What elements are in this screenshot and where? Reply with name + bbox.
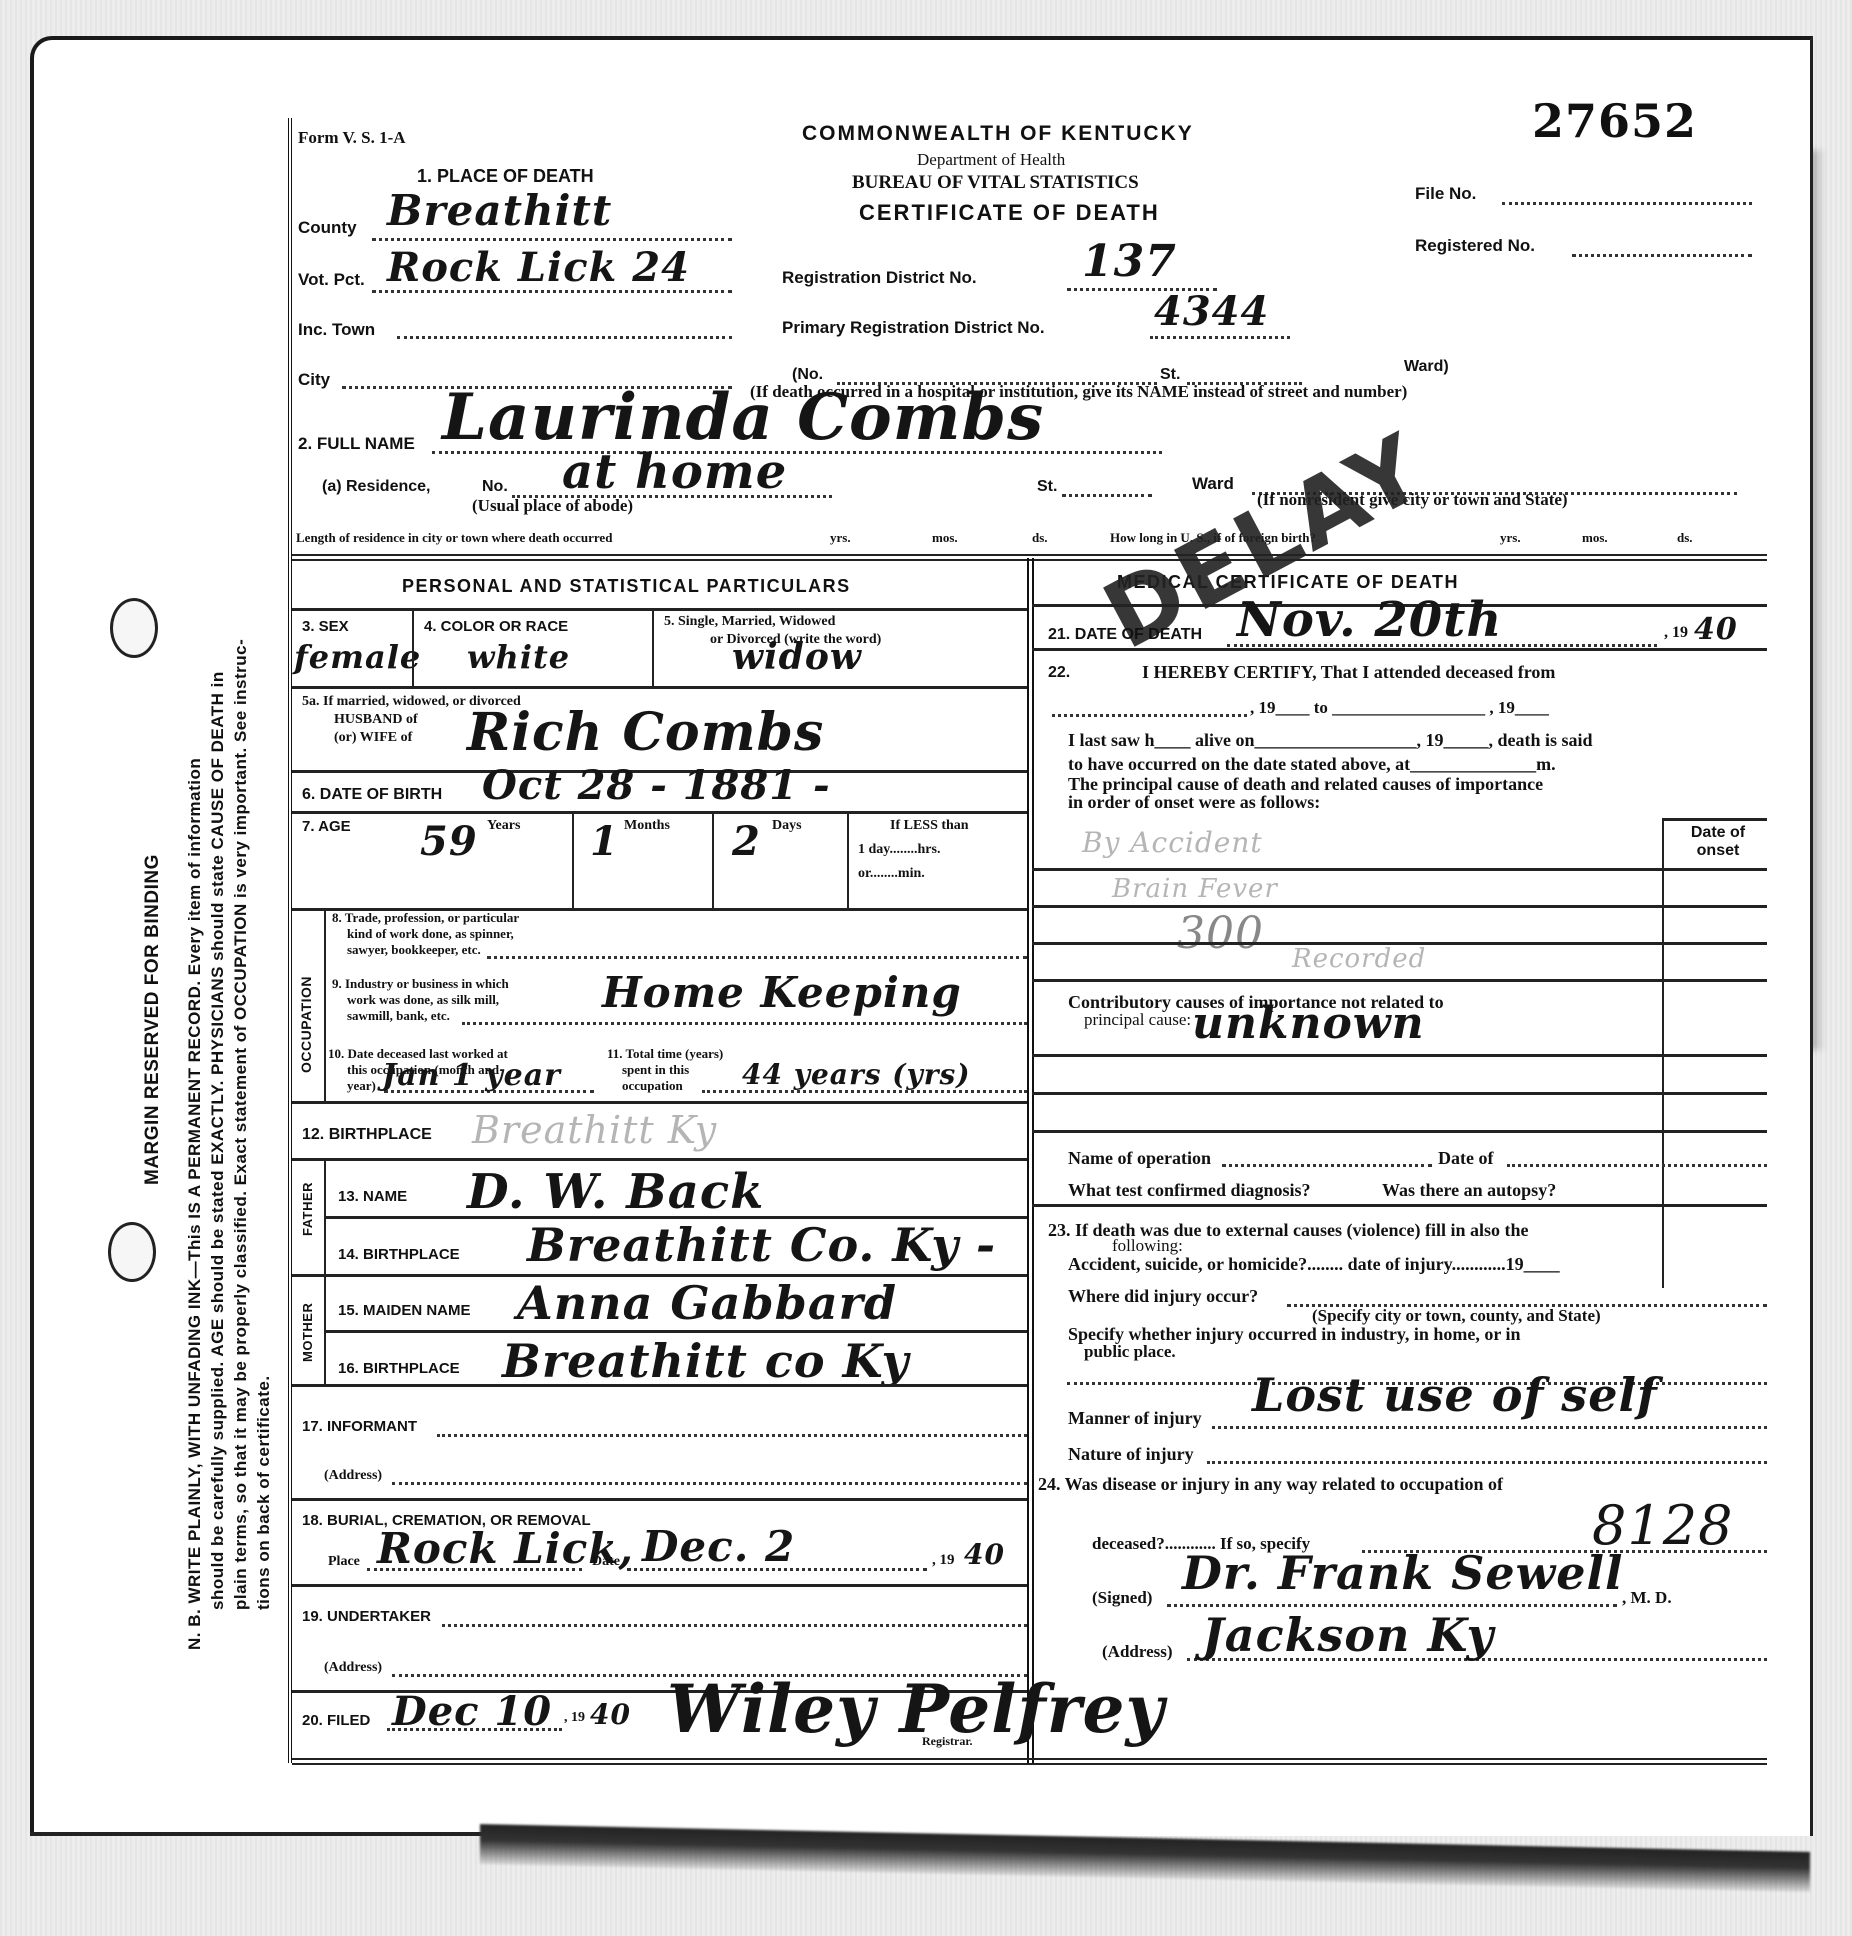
- binding-hole-bottom: [108, 1222, 156, 1282]
- total-time-label-3: occupation: [622, 1078, 683, 1094]
- trade-field[interactable]: [487, 956, 1027, 959]
- signed-label: (Signed): [1092, 1588, 1152, 1608]
- industry-label-2: work was done, as silk mill,: [347, 992, 499, 1008]
- marital-value: widow: [732, 636, 862, 678]
- residence-st-label: St.: [1037, 478, 1057, 496]
- reg-district-label: Registration District No.: [782, 268, 977, 288]
- filed-label: 20. FILED: [302, 1712, 370, 1729]
- us-yrs-label: yrs.: [1500, 530, 1521, 546]
- personal-section-title: PERSONAL AND STATISTICAL PARTICULARS: [402, 576, 851, 597]
- divider: [292, 1584, 1027, 1587]
- divider: [324, 1330, 1027, 1333]
- principal-cause-line-2: in order of onset were as follows:: [1068, 792, 1320, 813]
- contributory-line-2: principal cause:: [1084, 1010, 1191, 1030]
- county-value: Breathitt: [387, 186, 612, 235]
- external-causes-line-2: following:: [1112, 1236, 1183, 1256]
- vot-pct-value: Rock Lick 24: [387, 244, 690, 291]
- reg-district-value: 137: [1082, 236, 1177, 287]
- cause-line-4-rule[interactable]: [1032, 979, 1767, 982]
- contributory-value: unknown: [1192, 998, 1425, 1049]
- manner-of-injury-field[interactable]: [1212, 1426, 1767, 1429]
- physician-address-label: (Address): [1102, 1642, 1173, 1662]
- less-than-label-2: 1 day........hrs.: [858, 842, 940, 858]
- mother-maiden-label: 15. MAIDEN NAME: [338, 1302, 471, 1319]
- primary-reg-field[interactable]: [1150, 336, 1290, 339]
- margin-nb-line4: tions on back of certificate.: [252, 1375, 275, 1610]
- occupation-side-label: OCCUPATION: [298, 976, 314, 1073]
- certify-text: I HEREBY CERTIFY, That I attended deceas…: [1142, 662, 1555, 683]
- test-label: What test confirmed diagnosis?: [1068, 1180, 1311, 1201]
- trade-label-1: 8. Trade, profession, or particular: [332, 910, 519, 926]
- undertaker-label: 19. UNDERTAKER: [302, 1608, 431, 1625]
- certificate-form: Form V. S. 1-A COMMONWEALTH OF KENTUCKY …: [288, 118, 1787, 1763]
- divider: [1662, 818, 1767, 821]
- filed-date-value: Dec 10: [392, 1688, 552, 1735]
- margin-binding-note: MARGIN RESERVED FOR BINDING: [142, 854, 164, 1185]
- form-id: Form V. S. 1-A: [298, 128, 406, 148]
- contributory-rule-1[interactable]: [1032, 1054, 1767, 1057]
- divider: [292, 811, 1027, 814]
- father-birthplace-label: 14. BIRTHPLACE: [338, 1246, 460, 1263]
- specify-location-note: (Specify city or town, county, and State…: [1312, 1306, 1601, 1326]
- divider: [292, 608, 1027, 611]
- vot-pct-label: Vot. Pct.: [298, 270, 365, 290]
- years-label: Years: [487, 818, 520, 834]
- divider: [324, 1158, 326, 1384]
- divider: [324, 908, 326, 1101]
- cause-line-1-rule[interactable]: [1032, 868, 1767, 871]
- race-value: white: [467, 638, 570, 676]
- physician-signature: Dr. Frank Sewell: [1182, 1546, 1623, 1600]
- form-bottom-line: [292, 1758, 1767, 1765]
- length-of-residence-label: Length of residence in city or town wher…: [296, 530, 612, 546]
- burial-year-prefix: , 19: [932, 1552, 955, 1569]
- total-time-label-1: 11. Total time (years): [607, 1046, 723, 1062]
- occurred-line: to have occurred on the date stated abov…: [1068, 754, 1556, 775]
- certificate-title: CERTIFICATE OF DEATH: [859, 200, 1160, 226]
- usual-abode-note: (Usual place of abode): [472, 496, 633, 516]
- days-label: Days: [772, 818, 802, 834]
- divider: [292, 1101, 1027, 1104]
- date-of-onset-header: Date of onset: [1678, 824, 1758, 860]
- certify-number: 22.: [1048, 664, 1070, 682]
- full-name-label: 2. FULL NAME: [298, 434, 415, 454]
- burial-place-label: Place: [328, 1554, 360, 1570]
- birthplace-label: 12. BIRTHPLACE: [302, 1126, 432, 1144]
- length-yrs-label: yrs.: [830, 530, 851, 546]
- occupation-related-line: 24. Was disease or injury in any way rel…: [1038, 1474, 1503, 1495]
- md-label: , M. D.: [1622, 1588, 1672, 1608]
- inc-town-label: Inc. Town: [298, 320, 375, 340]
- attended-from-field[interactable]: [1052, 714, 1247, 717]
- burial-date-value: Dec. 2: [642, 1522, 795, 1571]
- date-of-death-year-prefix: , 19: [1664, 624, 1688, 642]
- county-label: County: [298, 218, 357, 238]
- divider: [412, 608, 414, 686]
- residence-ward-label: Ward: [1192, 474, 1234, 494]
- dob-label: 6. DATE OF BIRTH: [302, 786, 442, 804]
- date-of-death-year-value: 40: [1694, 612, 1738, 647]
- birthplace-value: Breathitt Ky: [472, 1108, 717, 1152]
- residence-no-label: No.: [482, 478, 508, 496]
- registrar-signature: Wiley Pelfrey: [667, 1670, 1165, 1748]
- divider: [1032, 1204, 1767, 1207]
- date-of-death-label: 21. DATE OF DEATH: [1048, 626, 1202, 644]
- autopsy-label: Was there an autopsy?: [1382, 1180, 1556, 1201]
- file-no-label: File No.: [1415, 184, 1476, 204]
- ward-label: Ward): [1404, 358, 1449, 376]
- divider: [572, 811, 574, 909]
- physician-signature-field[interactable]: [1167, 1604, 1617, 1607]
- margin-nb-line3: plain terms, so that it may be properly …: [229, 639, 252, 1610]
- inc-town-field[interactable]: [397, 336, 732, 339]
- mother-birthplace-value: Breathitt co Ky: [502, 1334, 909, 1388]
- divider: [292, 686, 1027, 689]
- spouse-value: Rich Combs: [467, 702, 824, 763]
- divider: [292, 1498, 1027, 1501]
- mother-side-label: MOTHER: [300, 1303, 315, 1362]
- registered-no-field[interactable]: [1572, 254, 1752, 257]
- binding-hole-top: [110, 598, 158, 658]
- divider: [652, 608, 654, 686]
- cause-line-4: Recorded: [1292, 944, 1426, 974]
- operation-date-label: Date of: [1438, 1148, 1493, 1169]
- divider: [847, 811, 849, 909]
- sex-label: 3. SEX: [302, 618, 349, 635]
- informant-address-field[interactable]: [392, 1482, 1027, 1485]
- burial-date-label: Date: [592, 1554, 620, 1570]
- industry-value: Home Keeping: [602, 968, 962, 1017]
- registered-no-label: Registered No.: [1415, 236, 1535, 256]
- operation-field[interactable]: [1222, 1164, 1432, 1167]
- last-worked-label-3: year): [347, 1078, 376, 1094]
- age-years-value: 59: [420, 818, 478, 865]
- father-side-label: FATHER: [300, 1182, 315, 1236]
- divider: [1662, 818, 1664, 1288]
- age-days-value: 2: [732, 818, 761, 865]
- us-ds-label: ds.: [1677, 530, 1693, 546]
- divider: [1032, 1130, 1767, 1133]
- spouse-label-3: (or) WIFE of: [334, 730, 412, 746]
- less-than-label-3: or........min.: [858, 866, 925, 882]
- last-worked-value: Jan 1 year: [382, 1058, 561, 1093]
- certificate-number: 27652: [1532, 94, 1697, 148]
- operation-date-field[interactable]: [1507, 1164, 1767, 1167]
- mother-birthplace-label: 16. BIRTHPLACE: [338, 1360, 460, 1377]
- length-mos-label: mos.: [932, 530, 958, 546]
- date-of-death-value: Nov. 20th: [1237, 592, 1502, 648]
- state-title: COMMONWEALTH OF KENTUCKY: [802, 122, 1194, 146]
- cause-line-2-rule[interactable]: [1032, 905, 1767, 908]
- industry-label-3: sawmill, bank, etc.: [347, 1008, 450, 1024]
- nature-of-injury-label: Nature of injury: [1068, 1444, 1194, 1465]
- specify-whether-line-2: public place.: [1084, 1342, 1176, 1362]
- sex-value: female: [294, 638, 421, 676]
- informant-label: 17. INFORMANT: [302, 1418, 417, 1435]
- where-injury-label: Where did injury occur?: [1068, 1286, 1258, 1307]
- residence-st-field[interactable]: [1062, 494, 1152, 497]
- total-time-label-2: spent in this: [622, 1062, 689, 1078]
- accident-label: Accident, suicide, or homicide?........ …: [1068, 1254, 1560, 1275]
- father-name-label: 13. NAME: [338, 1188, 407, 1205]
- marital-label-1: 5. Single, Married, Widowed: [664, 614, 835, 630]
- margin-nb-line2: should be carefully supplied. AGE should…: [206, 671, 229, 1610]
- divider: [712, 811, 714, 909]
- file-no-field[interactable]: [1502, 202, 1752, 205]
- contributory-rule-2[interactable]: [1032, 1092, 1767, 1095]
- nature-of-injury-field[interactable]: [1207, 1461, 1767, 1464]
- trade-label-2: kind of work done, as spinner,: [347, 926, 514, 942]
- department-title: Department of Health: [917, 150, 1065, 170]
- father-name-value: D. W. Back: [467, 1164, 764, 1220]
- burial-year-value: 40: [964, 1538, 1005, 1571]
- cause-line-1: By Accident: [1082, 826, 1263, 859]
- filed-year-prefix: , 19: [564, 1710, 585, 1726]
- manner-of-injury-label: Manner of injury: [1068, 1408, 1202, 1429]
- father-birthplace-value: Breathitt Co. Ky -: [527, 1218, 996, 1272]
- margin-nb-line1: N. B. WRITE PLAINLY, WITH UNFADING INK—T…: [183, 758, 206, 1650]
- age-label: 7. AGE: [302, 818, 351, 835]
- mother-maiden-value: Anna Gabbard: [517, 1276, 897, 1330]
- manner-of-injury-value: Lost use of self: [1252, 1368, 1658, 1422]
- less-than-label-1: If LESS than: [890, 818, 969, 834]
- operation-label: Name of operation: [1068, 1148, 1211, 1169]
- us-mos-label: mos.: [1582, 530, 1608, 546]
- residence-value: at home: [562, 444, 787, 500]
- physician-address-value: Jackson Ky: [1202, 1608, 1494, 1662]
- length-ds-label: ds.: [1032, 530, 1048, 546]
- months-label: Months: [624, 818, 670, 834]
- industry-label-1: 9. Industry or business in which: [332, 976, 509, 992]
- undertaker-field[interactable]: [442, 1624, 1027, 1627]
- spouse-label-2: HUSBAND of: [334, 712, 418, 728]
- place-of-death-label: 1. PLACE OF DEATH: [417, 166, 594, 187]
- attended-line: , 19____ to __________________ , 19____: [1250, 698, 1549, 718]
- primary-reg-label: Primary Registration District No.: [782, 318, 1045, 338]
- race-label: 4. COLOR OR RACE: [424, 618, 568, 635]
- residence-label: (a) Residence,: [322, 478, 430, 496]
- trade-label-3: sawyer, bookkeeper, etc.: [347, 942, 481, 958]
- informant-address-label: (Address): [324, 1468, 382, 1484]
- paper-bottom-edge: [30, 1832, 490, 1836]
- industry-field[interactable]: [462, 1022, 1027, 1025]
- cause-line-3: 300: [1177, 908, 1264, 959]
- informant-field[interactable]: [437, 1434, 1027, 1437]
- bureau-title: BUREAU OF VITAL STATISTICS: [852, 172, 1139, 194]
- age-months-value: 1: [590, 818, 619, 865]
- last-saw-line: I last saw h____ alive on_______________…: [1068, 730, 1593, 751]
- cause-line-2: Brain Fever: [1112, 874, 1278, 904]
- divider: [292, 1158, 1027, 1161]
- center-divider: [1027, 558, 1034, 1763]
- filed-year-value: 40: [590, 1698, 631, 1731]
- city-label: City: [298, 370, 330, 390]
- divider: [292, 1384, 1027, 1387]
- registrar-label: Registrar.: [922, 1734, 973, 1749]
- primary-reg-value: 4344: [1154, 288, 1269, 335]
- divider: [1032, 648, 1767, 651]
- total-time-value: 44 years (yrs): [742, 1058, 970, 1091]
- dob-value: Oct 28 - 1881 -: [482, 762, 831, 809]
- county-field[interactable]: [372, 238, 732, 241]
- undertaker-address-label: (Address): [324, 1660, 382, 1676]
